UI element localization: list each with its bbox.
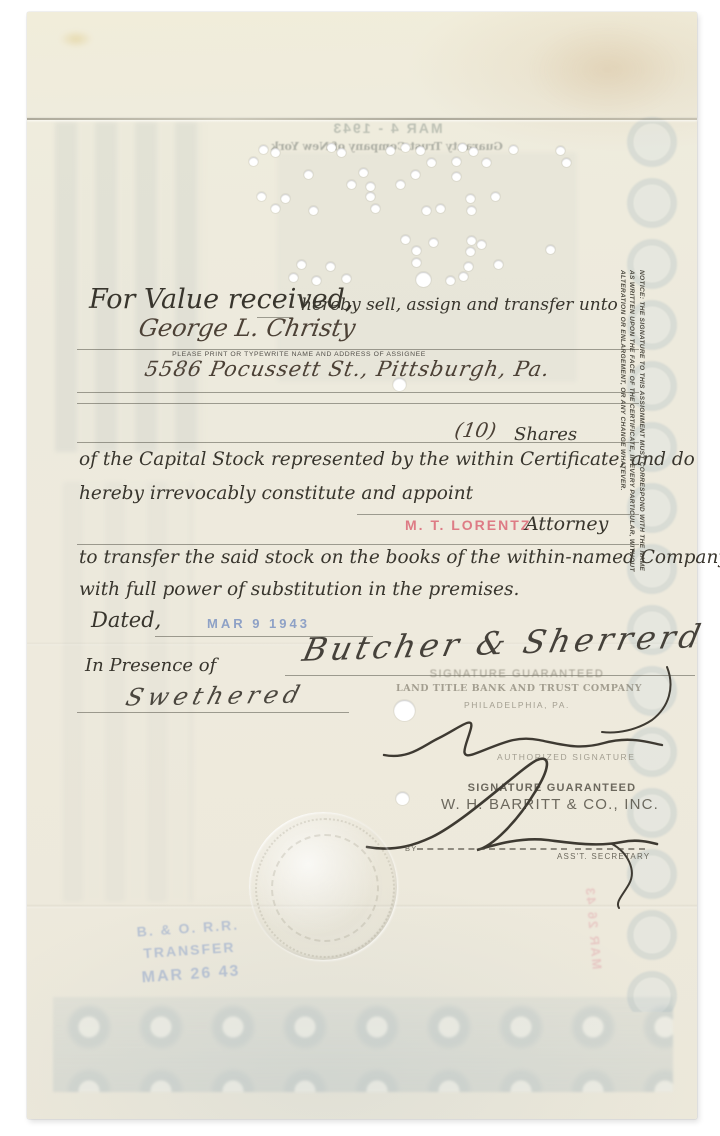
punch-hole: [271, 148, 280, 157]
punch-hole: [477, 240, 486, 249]
punch-hole: [412, 246, 421, 255]
punch-hole: [459, 272, 468, 281]
punch-hole: [467, 236, 476, 245]
punch-hole: [466, 247, 475, 256]
secretary-label: ASS'T. SECRETARY: [557, 852, 650, 861]
punch-hole: [297, 260, 306, 269]
punch-hole: [422, 206, 431, 215]
punch-hole: [494, 260, 503, 269]
punch-hole: [366, 192, 375, 201]
shares-rule: [77, 442, 639, 443]
share-count-handwriting: (10): [453, 418, 498, 442]
punch-hole: [396, 792, 409, 805]
stain-top-right: [527, 20, 687, 120]
dated-word-script: Dated,: [91, 608, 161, 632]
dated-stamp: MAR 9 1943: [207, 616, 310, 631]
punch-hole: [249, 157, 258, 166]
punch-hole: [412, 258, 421, 267]
in-presence-of-script: In Presence of: [85, 655, 216, 676]
punch-hole: [281, 194, 290, 203]
punch-hole: [466, 194, 475, 203]
punch-hole: [396, 180, 405, 189]
transfer-line2: with full power of substitution in the p…: [79, 579, 519, 600]
punch-hole: [509, 145, 518, 154]
assignee-name-handwriting: George L. Christy: [137, 314, 358, 342]
notice-line3: ALTERATION OR ENLARGEMENT, OR ANY CHANGE…: [618, 270, 628, 572]
certificate-back-paper: MAR 4 - 1943 Guaranty Trust Company of N…: [27, 12, 697, 1119]
punch-hole: [446, 276, 455, 285]
punch-hole: [491, 192, 500, 201]
punch-hole: [271, 204, 280, 213]
capital-line1: of the Capital Stock represented by the …: [79, 449, 695, 470]
punch-hole: [327, 143, 336, 152]
punch-hole: [257, 192, 266, 201]
embossed-seal-inner-ring: [271, 834, 379, 942]
punch-hole: [394, 700, 415, 721]
bleed-bottom-ornate-border: [53, 997, 673, 1092]
stain-top-left: [59, 30, 93, 48]
punch-hole: [464, 262, 473, 271]
punch-hole: [337, 148, 346, 157]
punch-hole: [482, 158, 491, 167]
punch-hole: [289, 273, 298, 282]
bleed-center-panel: [277, 152, 577, 382]
attorney-word-script: Attorney: [525, 513, 608, 535]
punch-hole: [304, 170, 313, 179]
by-label: BY: [405, 844, 417, 853]
notice-line1: NOTICE: THE SIGNATURE TO THIS ASSIGNMENT…: [637, 270, 647, 572]
punch-hole: [452, 157, 461, 166]
assignee-address-handwriting: 5586 Pocussett St., Pittsburgh, Pa.: [143, 357, 552, 381]
scanned-document-stage: MAR 4 - 1943 Guaranty Trust Company of N…: [0, 0, 720, 1136]
witness-signature-line: [77, 712, 349, 713]
assignee-address-line: [77, 392, 639, 393]
attorney-rule: [77, 544, 639, 545]
signature-tail-stroke: [547, 662, 677, 742]
punch-hole: [393, 378, 406, 391]
notice-line2: AS WRITTEN UPON THE FACE OF THE CERTIFIC…: [627, 270, 637, 572]
punch-hole: [467, 206, 476, 215]
notice-vertical-text: NOTICE: THE SIGNATURE TO THIS ASSIGNMENT…: [618, 270, 647, 572]
secretary-signature-scrawl: [357, 752, 677, 912]
punch-hole: [347, 180, 356, 189]
punch-hole: [469, 147, 478, 156]
punch-hole: [386, 146, 395, 155]
punch-hole: [259, 145, 268, 154]
punch-hole: [312, 276, 321, 285]
punch-hole: [401, 235, 410, 244]
punch-hole: [401, 143, 410, 152]
witness-signature: Swethered: [123, 680, 308, 711]
blank-rule: [77, 403, 639, 404]
punch-hole: [371, 204, 380, 213]
punch-hole: [416, 146, 425, 155]
by-dashed-line: [417, 848, 567, 850]
punch-hole: [427, 158, 436, 167]
bleed-received-date-stamp: MAR 4 - 1943: [307, 120, 467, 136]
punch-hole: [458, 143, 467, 152]
punch-hole: [556, 146, 565, 155]
punch-hole: [366, 182, 375, 191]
punch-hole: [429, 238, 438, 247]
attorney-name-stamp: M. T. LORENTZ: [405, 517, 531, 533]
assignee-name-line: [77, 349, 639, 350]
punch-hole: [359, 168, 368, 177]
punch-hole: [452, 172, 461, 181]
capital-line2: hereby irrevocably constitute and appoin…: [79, 483, 473, 504]
punch-hole: [416, 272, 431, 287]
punch-hole: [342, 274, 351, 283]
transfer-stamp: B. & O. R.R. TRANSFER MAR 26 43: [95, 914, 284, 991]
punch-hole: [309, 206, 318, 215]
punch-hole: [562, 158, 571, 167]
punch-hole: [326, 262, 335, 271]
opening-phrase-rest: hereby sell, assign and transfer unto: [301, 295, 618, 315]
punch-hole: [546, 245, 555, 254]
transfer-stamp-line3: MAR 26 43: [98, 960, 284, 991]
punch-hole: [411, 170, 420, 179]
punch-hole: [436, 204, 445, 213]
